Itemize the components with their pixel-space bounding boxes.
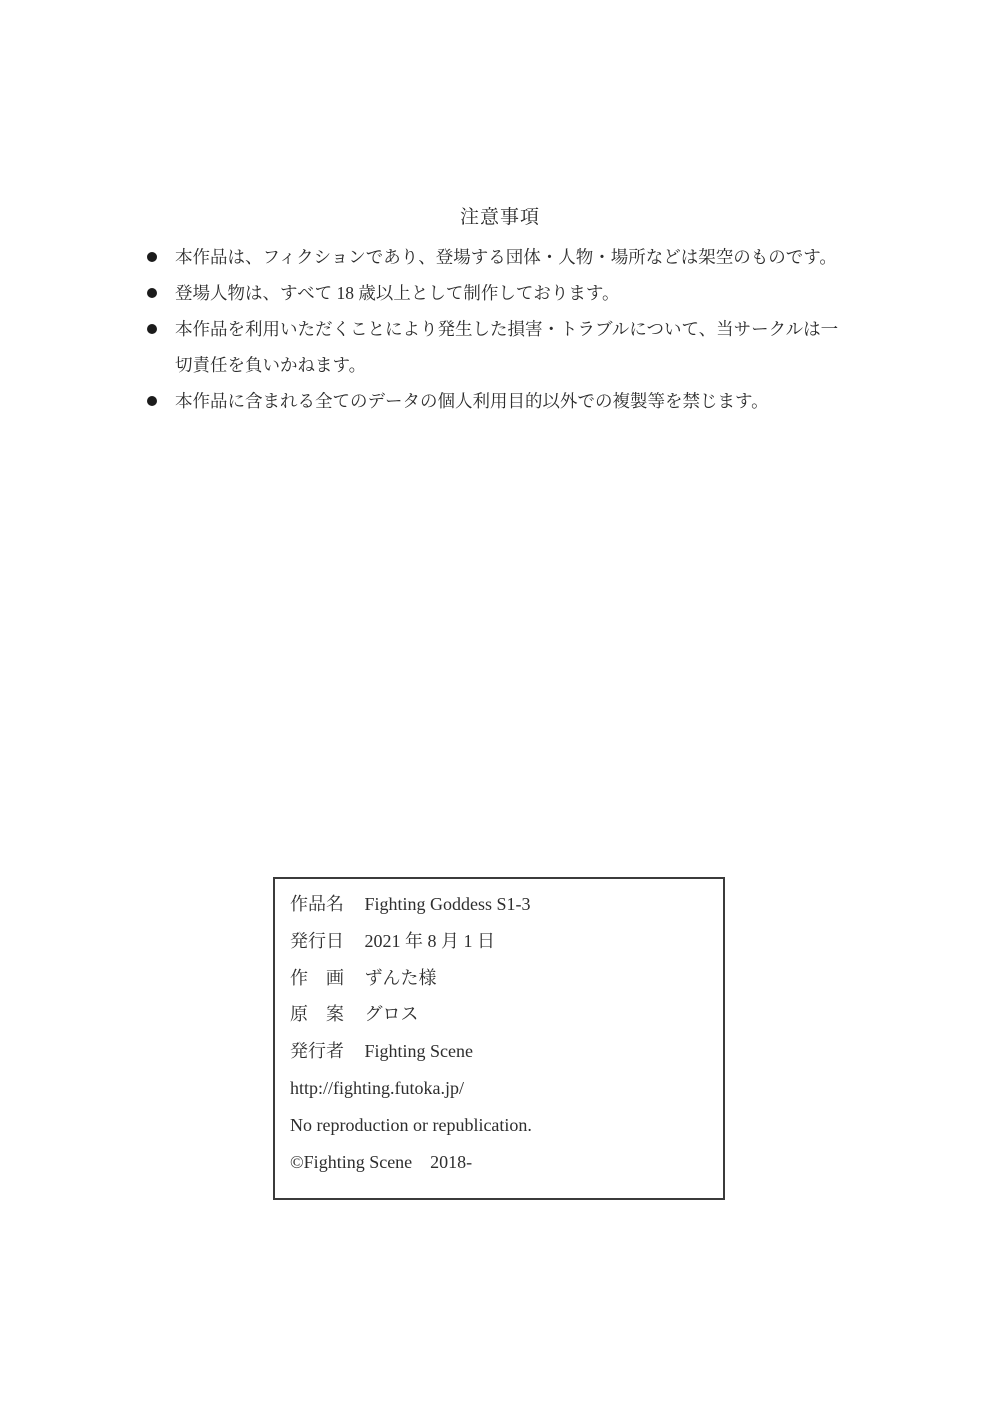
notice-list: 本作品は、フィクションであり、登場する団体・人物・場所などは架空のものです。 登…	[147, 239, 857, 419]
colophon-value: Fighting Scene	[365, 1033, 474, 1070]
document-page: 注意事項 本作品は、フィクションであり、登場する団体・人物・場所などは架空のもの…	[0, 0, 1000, 1414]
bullet-icon	[147, 252, 157, 262]
colophon-row-publisher: 発行者 Fighting Scene	[290, 1033, 711, 1070]
notice-text: 本作品に含まれる全てのデータの個人利用目的以外での複製等を禁じます。	[175, 383, 843, 419]
colophon-label: 作 画	[290, 960, 346, 997]
bullet-icon	[147, 324, 157, 334]
colophon-label: 原 案	[290, 996, 346, 1033]
notice-item: 本作品は、フィクションであり、登場する団体・人物・場所などは架空のものです。	[147, 239, 857, 275]
notice-item: 登場人物は、すべて 18 歳以上として制作しております。	[147, 275, 857, 311]
bullet-icon	[147, 396, 157, 406]
notice-item: 本作品を利用いただくことにより発生した損害・トラブルについて、当サークルは一切責…	[147, 311, 857, 383]
colophon-copyright: ©Fighting Scene 2018-	[290, 1144, 711, 1181]
colophon-value: Fighting Goddess S1-3	[365, 886, 531, 923]
notice-title: 注意事項	[0, 204, 1000, 232]
colophon-value: ずんた様	[365, 960, 437, 997]
notice-item: 本作品に含まれる全てのデータの個人利用目的以外での複製等を禁じます。	[147, 383, 857, 419]
colophon-row-date: 発行日 2021 年 8 月 1 日	[290, 923, 711, 960]
colophon-note: No reproduction or republication.	[290, 1107, 711, 1144]
colophon-label: 作品名	[290, 886, 346, 923]
colophon-value: グロス	[365, 996, 419, 1033]
colophon-row-title: 作品名 Fighting Goddess S1-3	[290, 886, 711, 923]
colophon-row-original: 原 案 グロス	[290, 996, 711, 1033]
notice-text: 本作品は、フィクションであり、登場する団体・人物・場所などは架空のものです。	[175, 239, 843, 275]
notice-text: 本作品を利用いただくことにより発生した損害・トラブルについて、当サークルは一切責…	[175, 311, 843, 383]
colophon-row-artist: 作 画 ずんた様	[290, 960, 711, 997]
colophon-value: 2021 年 8 月 1 日	[365, 923, 496, 960]
colophon-label: 発行者	[290, 1033, 346, 1070]
colophon-label: 発行日	[290, 923, 346, 960]
colophon-url: http://fighting.futoka.jp/	[290, 1070, 711, 1107]
notice-text: 登場人物は、すべて 18 歳以上として制作しております。	[175, 275, 843, 311]
colophon-box: 作品名 Fighting Goddess S1-3 発行日 2021 年 8 月…	[273, 877, 725, 1200]
bullet-icon	[147, 288, 157, 298]
